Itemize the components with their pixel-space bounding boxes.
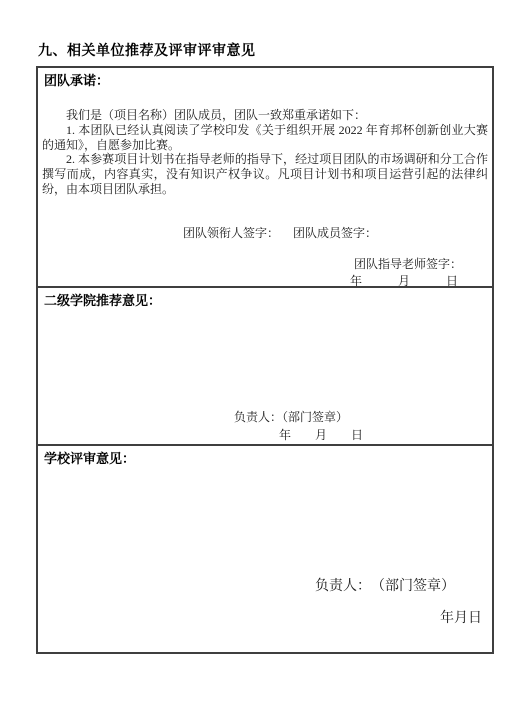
team-member-sign-label: 团队成员签字： (293, 226, 377, 240)
document-page: 九、相关单位推荐及评审评审意见 团队承诺： 我们是（项目名称）团队成员，团队一致… (0, 0, 524, 704)
college-recommendation-title: 二级学院推荐意见： (44, 293, 161, 309)
team-commitment-body: 我们是（项目名称）团队成员，团队一致郑重承诺如下： 1. 本团队已经认真阅读了学… (42, 108, 488, 197)
review-form-table: 团队承诺： 我们是（项目名称）团队成员，团队一致郑重承诺如下： 1. 本团队已经… (36, 66, 494, 654)
school-signer-label: 负责人： （部门签章） (315, 579, 455, 595)
section-college-recommendation: 二级学院推荐意见： 负责人：（部门签章） 年 月 日 (38, 288, 492, 446)
team-commitment-title: 团队承诺： (44, 73, 109, 89)
team-signature-row: 团队领衔人签字：团队成员签字： (183, 226, 377, 240)
commitment-item1-paragraph: 1. 本团队已经认真阅读了学校印发《关于组织开展 2022 年育邦杯创新创业大赛… (42, 123, 488, 153)
advisor-sign-label: 团队指导老师签字： (354, 257, 462, 271)
team-commitment-date-line: 年 月 日 (350, 274, 458, 288)
school-review-title: 学校评审意见： (44, 451, 135, 467)
commitment-item2-paragraph: 2. 本参赛项目计划书在指导老师的指导下，经过项目团队的市场调研和分工合作撰写而… (42, 152, 488, 196)
section-team-commitment: 团队承诺： 我们是（项目名称）团队成员，团队一致郑重承诺如下： 1. 本团队已经… (38, 68, 492, 288)
college-date-line: 年 月 日 (279, 428, 363, 442)
school-date-line: 年月日 (440, 611, 482, 627)
commitment-intro-paragraph: 我们是（项目名称）团队成员，团队一致郑重承诺如下： (42, 108, 488, 123)
document-heading: 九、相关单位推荐及评审评审意见 (38, 42, 256, 58)
college-signer-label: 负责人：（部门签章） (234, 410, 348, 424)
team-leader-sign-label: 团队领衔人签字： (183, 226, 279, 240)
section-school-review: 学校评审意见： 负责人： （部门签章） 年月日 (38, 446, 492, 648)
